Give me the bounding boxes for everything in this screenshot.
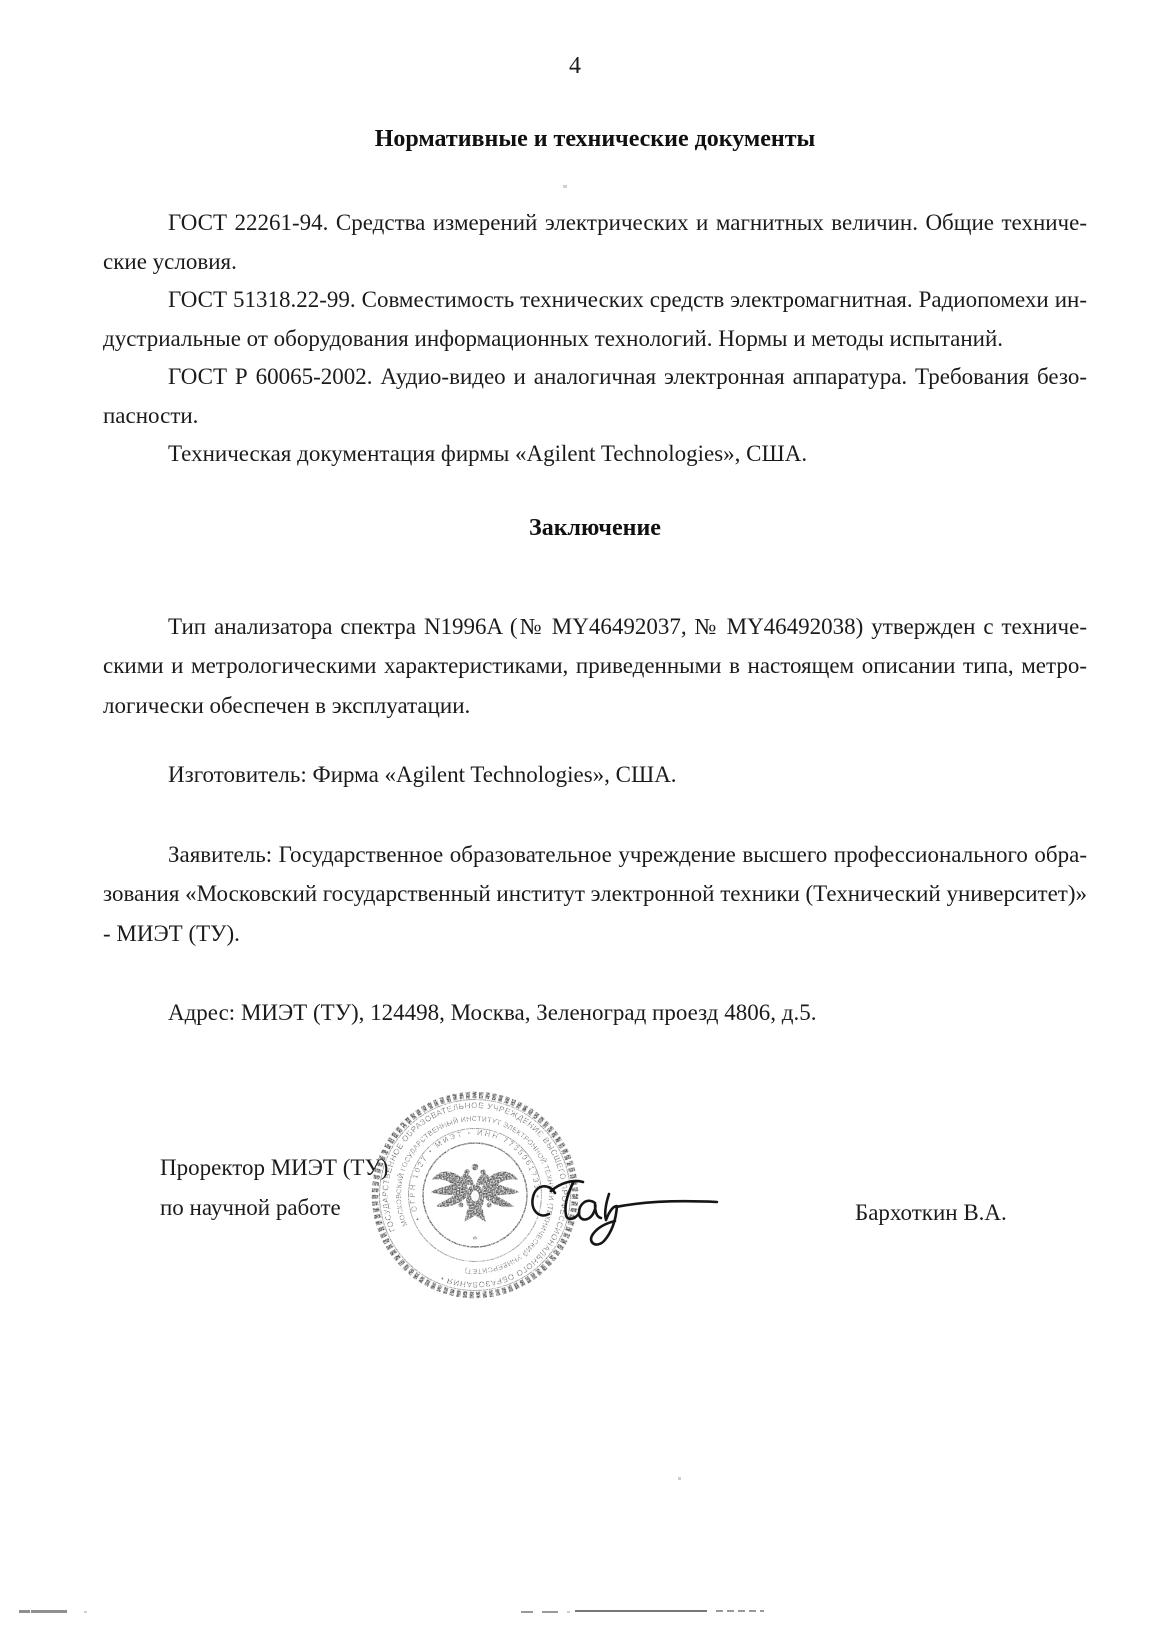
scan-artifact [567,1611,570,1613]
text-line: ГОСТ Р 60065-2002. Аудио-видео и аналоги… [103,357,1087,396]
signatory-name: Бархоткин В.А. [855,1199,1007,1227]
signature-stroke [551,1181,583,1191]
text-line: пасности. [103,396,1087,435]
paragraph-manufacturer: Изготовитель: Фирма «Agilent Technologie… [103,755,1087,794]
text-line: дустриальные от оборудования информацион… [103,319,1087,358]
paragraph-tech-docs: Техническая документация фирмы «Agilent … [103,434,1087,473]
scan-artifact [84,1611,87,1613]
text-line: логически обеспечен в эксплуатации. [103,686,1087,725]
text-line: ГОСТ 51318.22-99. Совместимость техничес… [103,280,1087,319]
text-line: Заявитель: Государственное образовательн… [103,835,1087,874]
text-line: ские условия. [103,242,1087,281]
signature-stroke [565,1183,579,1219]
text-line: Адрес: МИЭТ (ТУ), 124498, Москва, Зелено… [103,993,1087,1032]
paragraph-applicant: Заявитель: Государственное образовательн… [103,835,1087,953]
paragraph-gost-60065: ГОСТ Р 60065-2002. Аудио-видео и аналоги… [103,357,1087,436]
signatory-role-line2: по научной работе [160,1188,388,1228]
signature-stroke [579,1201,601,1220]
scan-speck [678,1477,681,1480]
seal-bottom-star: * [472,1234,478,1246]
text-line: Тип анализатора спектра N1996A (№ MY4649… [103,607,1087,646]
text-line: Техническая документация фирмы «Agilent … [103,434,1087,473]
scanned-document-page: 4 Нормативные и технические документы ГО… [0,0,1175,1650]
text-line: скими и метрологическими характеристикам… [103,646,1087,685]
scan-artifact [542,1611,558,1613]
page-number: 4 [0,52,1150,81]
text-line: ГОСТ 22261-94. Средства измерений электр… [103,203,1087,242]
scan-artifact [521,1611,533,1613]
scan-artifact [716,1610,764,1612]
signature-stroke [616,1201,717,1207]
scan-speck [563,185,567,188]
section-heading-normative: Нормативные и технические документы [103,125,1087,154]
text-line: зования «Московский государственный инст… [103,874,1087,913]
text-line: - МИЭТ (ТУ). [103,914,1087,953]
paragraph-gost-22261: ГОСТ 22261-94. Средства измерений электр… [103,203,1087,282]
paragraph-gost-51318: ГОСТ 51318.22-99. Совместимость техничес… [103,280,1087,359]
double-headed-eagle-emblem [432,1164,518,1221]
scan-artifact [19,1610,30,1613]
scan-artifact [575,1610,707,1612]
paragraph-type-approval: Тип анализатора спектра N1996A (№ MY4649… [103,607,1087,725]
section-heading-conclusion: Заключение [103,514,1087,543]
scan-artifact [31,1610,67,1613]
text-line: Изготовитель: Фирма «Agilent Technologie… [103,755,1087,794]
signatory-role-line1: Проректор МИЭТ (ТУ) [160,1148,388,1188]
handwritten-signature [518,1176,748,1254]
signatory-role: Проректор МИЭТ (ТУ) по научной работе [160,1148,388,1228]
paragraph-address: Адрес: МИЭТ (ТУ), 124498, Москва, Зелено… [103,993,1087,1032]
